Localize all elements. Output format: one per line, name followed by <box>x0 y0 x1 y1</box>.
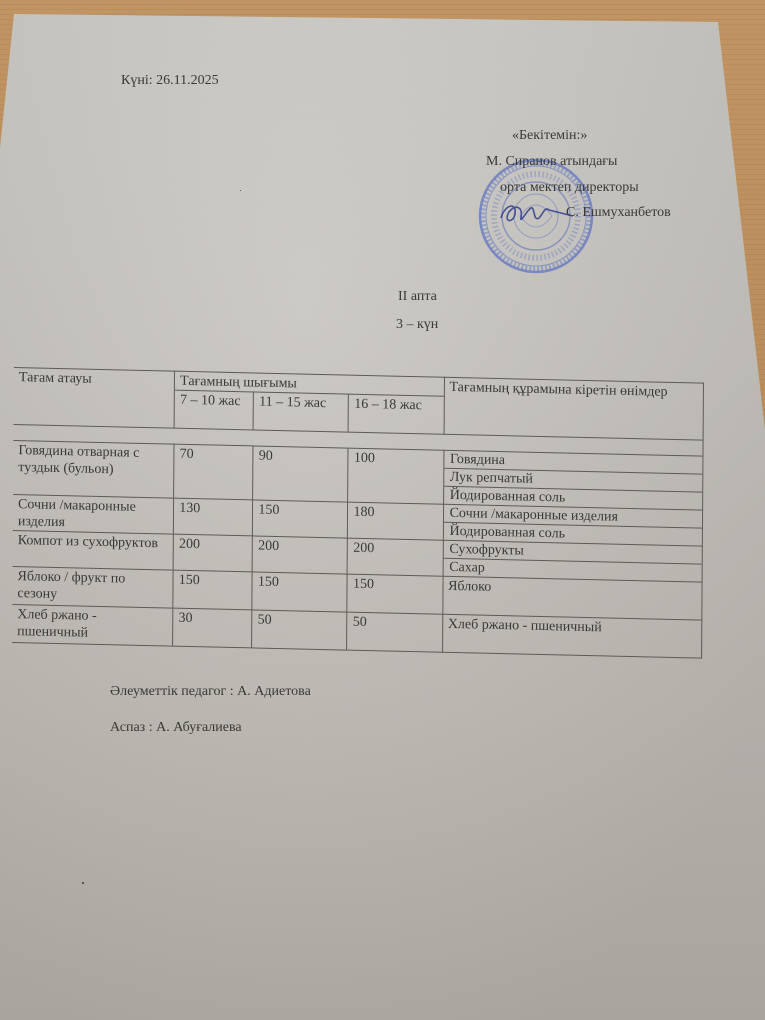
dish-name-cell: Говядина отварная с туздык (бульон) <box>13 440 174 498</box>
menu-table: Тағам атауы Тағамның шығымы Тағамның құр… <box>12 367 704 658</box>
ingredients-cell: Хлеб ржано - пшеничный <box>442 614 702 658</box>
value-7-10: 70 <box>174 444 253 500</box>
paper-speck <box>82 882 84 884</box>
header-ingredients: Тағамның құрамына кіретін өнімдер <box>444 377 704 439</box>
approval-title: «Бекітемін:» <box>512 128 587 144</box>
value-16-18: 180 <box>348 502 443 540</box>
dish-name-cell: Хлеб ржано - пшеничный <box>12 604 173 646</box>
ingredients-cell: Говядина Лук репчатый Йодированная соль <box>443 450 703 510</box>
ingredients-cell: Сухофрукты Сахар <box>443 540 703 582</box>
approval-school: М. Сиранов атындағы <box>486 154 617 170</box>
dish-name-cell: Компот из сухофруктов <box>13 530 174 570</box>
social-pedagogue-signature: Әлеуметтік педагог : А. Адиетова <box>110 684 311 700</box>
header-age-16-18: 16 – 18 жас <box>349 394 444 434</box>
value-11-15: 50 <box>252 609 347 649</box>
signature-icon <box>495 196 575 228</box>
paper-speck <box>240 190 241 191</box>
header-empty-cell <box>14 386 175 427</box>
value-16-18: 150 <box>347 574 442 614</box>
dish-name-cell: Сочни /макаронные изделия <box>13 494 174 534</box>
approval-position: орта мектеп директоры <box>500 180 639 196</box>
day-label: 3 – күн <box>396 317 438 333</box>
dish-name-cell: Яблоко / фрукт по сезону <box>12 566 173 608</box>
week-label: II апта <box>398 289 437 305</box>
value-7-10: 30 <box>173 608 252 648</box>
value-7-10: 150 <box>173 570 252 610</box>
approval-signatory: С. Ешмуханбетов <box>566 205 671 221</box>
ingredients-cell: Сочни /макаронные изделия Йодированная с… <box>443 504 703 546</box>
document-date: Күні: 26.11.2025 <box>121 73 219 89</box>
header-age-7-10: 7 – 10 жас <box>174 390 253 429</box>
value-16-18: 50 <box>347 612 442 652</box>
value-16-18: 100 <box>348 448 443 504</box>
value-7-10: 130 <box>174 498 253 536</box>
value-11-15: 150 <box>253 499 348 537</box>
value-11-15: 90 <box>253 445 348 501</box>
value-11-15: 150 <box>252 571 347 611</box>
value-11-15: 200 <box>252 535 347 573</box>
header-age-11-15: 11 – 15 жас <box>253 392 348 432</box>
cook-signature: Аспаз : А. Абуғалиева <box>110 720 242 736</box>
ingredients-cell: Яблоко <box>442 576 702 620</box>
value-7-10: 200 <box>173 534 252 572</box>
value-16-18: 200 <box>348 538 443 576</box>
